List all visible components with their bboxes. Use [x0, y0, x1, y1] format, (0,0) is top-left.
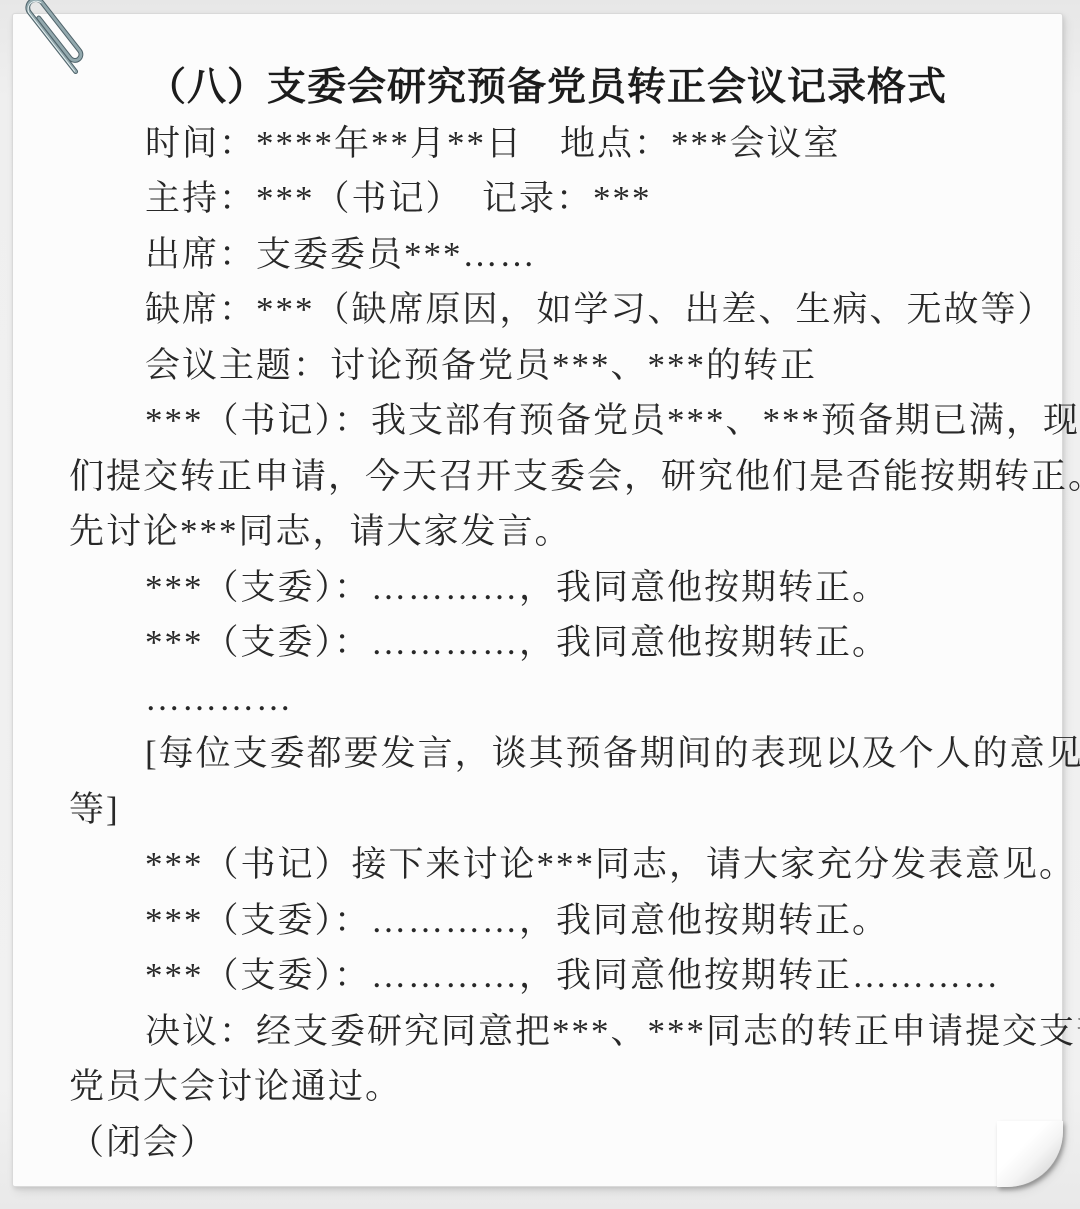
page-curl	[997, 1121, 1063, 1187]
document-line: 决议：经支委研究同意把***、***同志的转正申请提交支部	[69, 1004, 1038, 1060]
document-line: …………	[69, 671, 1038, 727]
document-line: 党员大会讨论通过。	[69, 1059, 1038, 1115]
document-line: 缺席：***（缺席原因，如学习、出差、生病、无故等）	[69, 282, 1038, 338]
document-line: ***（支委）：…………，我同意他按期转正。	[69, 560, 1038, 616]
document-line: 会议主题：讨论预备党员***、***的转正	[69, 338, 1038, 394]
document-line: 出席：支委委员***……	[69, 227, 1038, 283]
page-background: （八）支委会研究预备党员转正会议记录格式 时间：****年**月**日 地点：*…	[0, 0, 1080, 1209]
document-line: [每位支委都要发言，谈其预备期间的表现以及个人的意见	[69, 726, 1038, 782]
document-line: 先讨论***同志，请大家发言。	[69, 504, 1038, 560]
document-line: ***（书记）：我支部有预备党员***、***预备期已满，现他	[69, 393, 1038, 449]
document-body: 时间：****年**月**日 地点：***会议室主持：***（书记） 记录：**…	[69, 116, 1038, 1171]
document-line: ***（支委）：…………，我同意他按期转正…………	[69, 948, 1038, 1004]
document-line: ***（支委）：…………，我同意他按期转正。	[69, 893, 1038, 949]
document-line: 们提交转正申请，今天召开支委会，研究他们是否能按期转正。	[69, 449, 1038, 505]
document-page: （八）支委会研究预备党员转正会议记录格式 时间：****年**月**日 地点：*…	[12, 13, 1063, 1187]
document-line: （闭会）	[69, 1115, 1038, 1171]
document-line: 时间：****年**月**日 地点：***会议室	[69, 116, 1038, 172]
document-line: 等]	[69, 782, 1038, 838]
document-line: ***（书记）接下来讨论***同志，请大家充分发表意见。	[69, 837, 1038, 893]
document-line: ***（支委）：…………，我同意他按期转正。	[69, 615, 1038, 671]
document-line: 主持：***（书记） 记录：***	[69, 171, 1038, 227]
document-content: （八）支委会研究预备党员转正会议记录格式 时间：****年**月**日 地点：*…	[13, 14, 1062, 1170]
document-title: （八）支委会研究预备党员转正会议记录格式	[147, 60, 1038, 116]
